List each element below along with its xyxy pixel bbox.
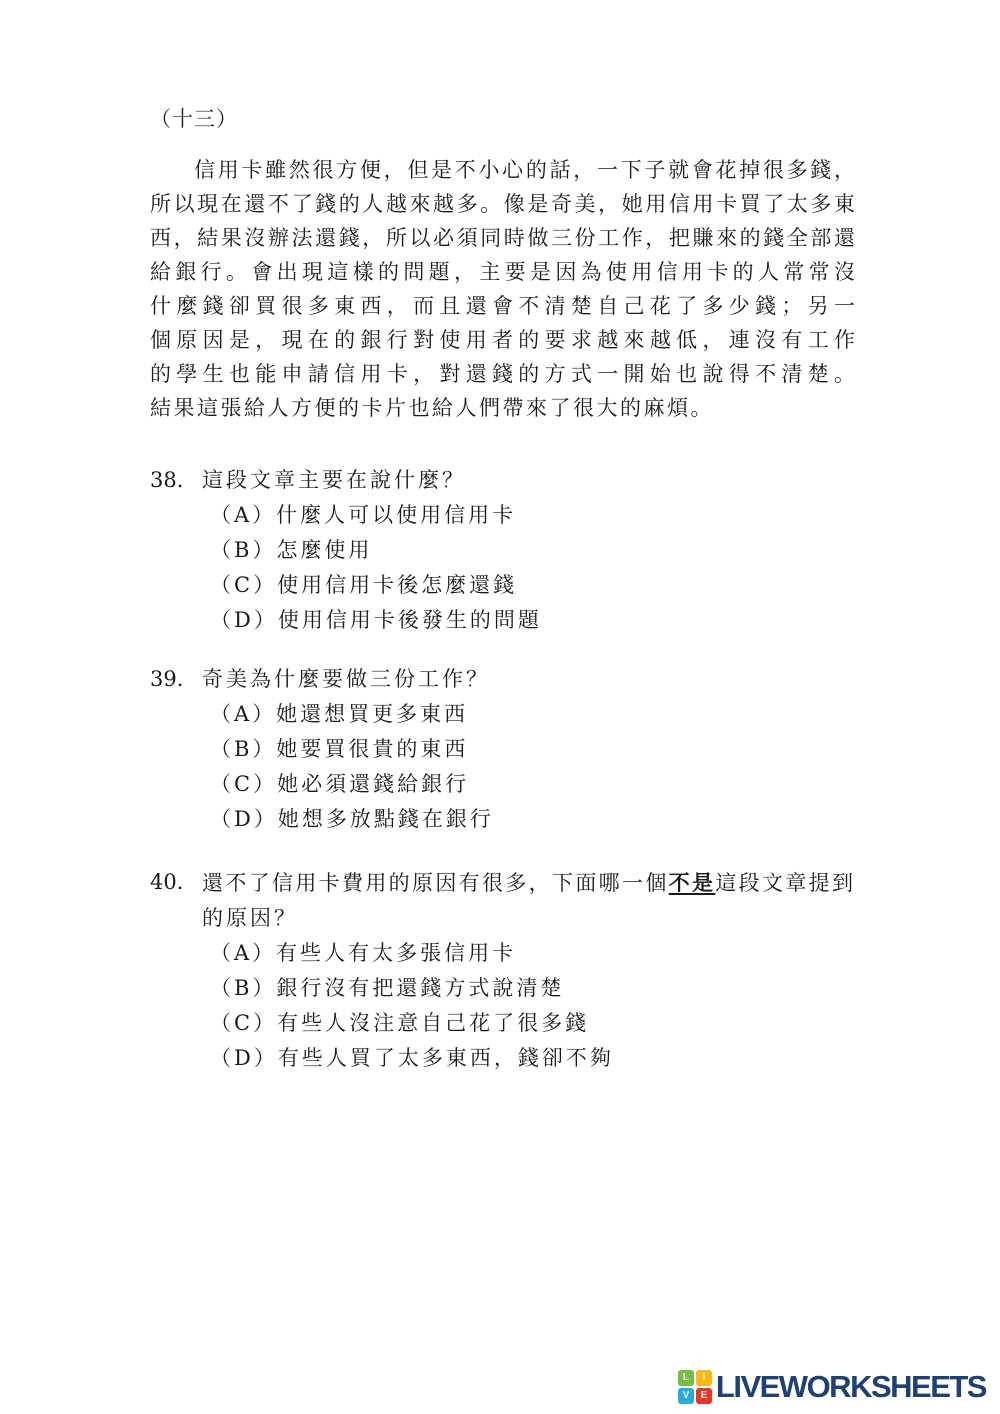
question-39-option-d[interactable]: （D）她想多放點錢在銀行 (210, 802, 855, 837)
question-40: 40. 還不了信用卡費用的原因有很多，下面哪一個不是這段文章提到 的原因？ （A… (150, 865, 855, 1076)
question-38-stem-row: 38. 這段文章主要在說什麼？ (150, 463, 855, 498)
liveworksheets-wordmark: LIVEWORKSHEETS (716, 1370, 986, 1404)
passage-line: 什麼錢卻買很多東西，而且還會不清楚自己花了多少錢；另一 (150, 289, 855, 323)
question-40-stem-part1: 還不了信用卡費用的原因有很多，下面哪一個 (202, 871, 669, 895)
passage-line: 西，結果沒辦法還錢，所以必須同時做三份工作，把賺來的錢全部還 (150, 221, 855, 255)
logo-tile-l: L (678, 1370, 694, 1386)
passage-line: 的學生也能申請信用卡，對還錢的方式一開始也說得不清楚。 (150, 357, 855, 391)
question-38-option-b[interactable]: （B）怎麼使用 (210, 533, 855, 568)
question-40-option-c[interactable]: （C）有些人沒注意自己花了很多錢 (210, 1006, 855, 1041)
question-40-number: 40. (150, 865, 202, 900)
passage-line: 信用卡雖然很方便，但是不小心的話，一下子就會花掉很多錢， (150, 153, 855, 187)
question-40-option-a[interactable]: （A）有些人有太多張信用卡 (210, 936, 855, 971)
question-40-stem-part2: 這段文章提到 (715, 871, 855, 895)
question-39-number: 39. (150, 662, 202, 697)
passage-line: 給銀行。會出現這樣的問題，主要是因為使用信用卡的人常常沒 (150, 255, 855, 289)
question-40-stem-line2: 的原因？ (202, 901, 855, 936)
passage-line: 所以現在還不了錢的人越來越多。像是奇美，她用信用卡買了太多東 (150, 187, 855, 221)
logo-tile-e: E (696, 1388, 712, 1404)
question-39: 39. 奇美為什麼要做三份工作？ （A）她還想買更多東西 （B）她要買很貴的東西… (150, 662, 855, 837)
question-38-number: 38. (150, 463, 202, 498)
question-39-stem: 奇美為什麼要做三份工作？ (202, 662, 490, 697)
question-40-option-d[interactable]: （D）有些人買了太多東西，錢卻不夠 (210, 1041, 855, 1076)
question-39-stem-row: 39. 奇美為什麼要做三份工作？ (150, 662, 855, 697)
question-38-option-d[interactable]: （D）使用信用卡後發生的問題 (210, 603, 855, 638)
question-38: 38. 這段文章主要在說什麼？ （A）什麼人可以使用信用卡 （B）怎麼使用 （C… (150, 463, 855, 638)
section-label: （十三） (150, 105, 855, 133)
question-40-option-b[interactable]: （B）銀行沒有把還錢方式說清楚 (210, 971, 855, 1006)
worksheet-content: （十三） 信用卡雖然很方便，但是不小心的話，一下子就會花掉很多錢， 所以現在還不… (150, 105, 855, 1076)
worksheet-page: （十三） 信用卡雖然很方便，但是不小心的話，一下子就會花掉很多錢， 所以現在還不… (0, 0, 1000, 1414)
liveworksheets-logo[interactable]: L I V E LIVEWORKSHEETS (678, 1370, 986, 1404)
question-40-stem: 還不了信用卡費用的原因有很多，下面哪一個不是這段文章提到 (202, 865, 855, 901)
question-40-stem-row: 40. 還不了信用卡費用的原因有很多，下面哪一個不是這段文章提到 (150, 865, 855, 901)
logo-tile-v: V (678, 1388, 694, 1404)
passage-line: 結果這張給人方便的卡片也給人們帶來了很大的麻煩。 (150, 391, 855, 425)
question-40-stem-emphasis: 不是 (669, 870, 716, 895)
question-39-option-b[interactable]: （B）她要買很貴的東西 (210, 732, 855, 767)
question-38-option-c[interactable]: （C）使用信用卡後怎麼還錢 (210, 568, 855, 603)
logo-tile-i: I (696, 1370, 712, 1386)
liveworksheets-grid-icon: L I V E (678, 1370, 712, 1404)
question-39-option-c[interactable]: （C）她必須還錢給銀行 (210, 767, 855, 802)
question-39-option-a[interactable]: （A）她還想買更多東西 (210, 697, 855, 732)
passage-line: 個原因是，現在的銀行對使用者的要求越來越低，連沒有工作 (150, 323, 855, 357)
question-38-option-a[interactable]: （A）什麼人可以使用信用卡 (210, 498, 855, 533)
reading-passage: 信用卡雖然很方便，但是不小心的話，一下子就會花掉很多錢， 所以現在還不了錢的人越… (150, 153, 855, 425)
question-38-stem: 這段文章主要在說什麼？ (202, 463, 466, 498)
